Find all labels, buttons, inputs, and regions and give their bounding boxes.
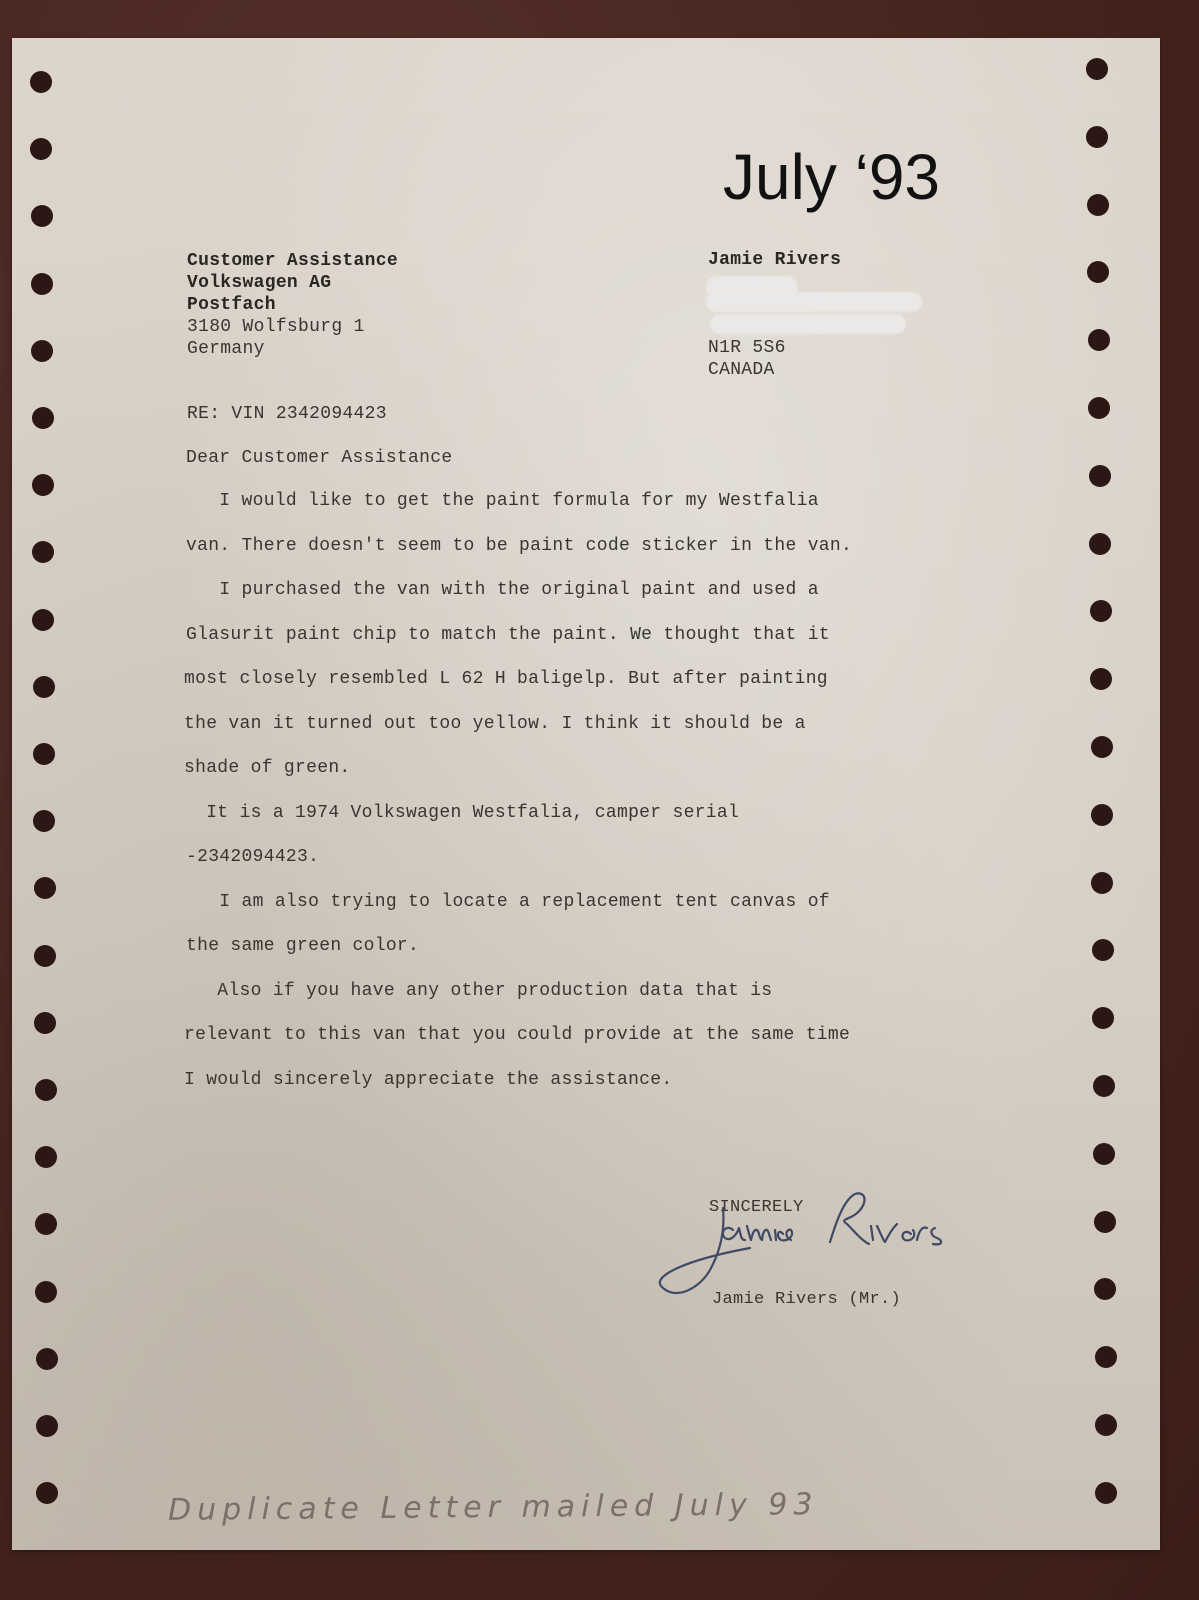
- sender-country: CANADA: [708, 359, 775, 381]
- feed-hole: [1086, 58, 1108, 80]
- body-line: most closely resembled L 62 H baligelp. …: [184, 668, 828, 690]
- feed-hole: [1094, 1278, 1116, 1300]
- feed-hole: [33, 676, 55, 698]
- redaction-mark: [706, 292, 922, 312]
- feed-hole: [33, 810, 55, 832]
- body-line: I purchased the van with the original pa…: [186, 579, 819, 601]
- body-line: I am also trying to locate a replacement…: [186, 891, 830, 913]
- feed-hole: [1095, 1414, 1117, 1436]
- handwritten-footer-note: Duplicate Letter mailed July 93: [168, 1487, 819, 1528]
- body-line: Glasurit paint chip to match the paint. …: [186, 624, 830, 646]
- feed-hole: [1090, 600, 1112, 622]
- body-line: the van it turned out too yellow. I thin…: [184, 713, 806, 735]
- recipient-line: 3180 Wolfsburg 1: [187, 316, 365, 338]
- feed-hole: [32, 609, 54, 631]
- feed-hole: [1091, 804, 1113, 826]
- feed-hole: [1089, 465, 1111, 487]
- signed-name: Jamie Rivers (Mr.): [712, 1289, 901, 1311]
- feed-hole: [30, 71, 52, 93]
- feed-hole: [1092, 939, 1114, 961]
- redaction-mark: [710, 314, 906, 334]
- feed-hole: [1088, 329, 1110, 351]
- feed-hole: [30, 138, 52, 160]
- feed-hole: [31, 340, 53, 362]
- body-line: I would sincerely appreciate the assista…: [184, 1069, 672, 1091]
- recipient-line: Volkswagen AG: [187, 272, 331, 294]
- feed-hole: [1087, 261, 1109, 283]
- feed-hole: [34, 1012, 56, 1034]
- feed-hole: [36, 1482, 58, 1504]
- body-line: I would like to get the paint formula fo…: [186, 490, 819, 512]
- salutation: Dear Customer Assistance: [186, 447, 452, 469]
- feed-hole: [1087, 194, 1109, 216]
- feed-hole: [1095, 1346, 1117, 1368]
- letter-page: [12, 38, 1160, 1550]
- feed-hole: [1093, 1075, 1115, 1097]
- feed-hole: [34, 945, 56, 967]
- body-line: the same green color.: [186, 935, 419, 957]
- feed-hole: [1088, 397, 1110, 419]
- recipient-line: Germany: [187, 338, 265, 360]
- feed-hole: [31, 205, 53, 227]
- feed-hole: [36, 1348, 58, 1370]
- date-annotation: July ‘93: [723, 140, 940, 214]
- feed-hole: [32, 474, 54, 496]
- body-line: van. There doesn't seem to be paint code…: [186, 535, 852, 557]
- feed-hole: [1092, 1007, 1114, 1029]
- feed-hole: [35, 1146, 57, 1168]
- feed-hole: [1095, 1482, 1117, 1504]
- feed-hole: [35, 1281, 57, 1303]
- svg-text:Jamie Rivers: Jamie Rivers: [855, 1190, 938, 1195]
- recipient-line: Postfach: [187, 294, 276, 316]
- feed-hole: [1086, 126, 1108, 148]
- body-line: Also if you have any other production da…: [184, 980, 772, 1002]
- feed-hole: [34, 877, 56, 899]
- feed-hole: [32, 541, 54, 563]
- feed-hole: [1090, 668, 1112, 690]
- feed-hole: [1091, 872, 1113, 894]
- body-line: -2342094423.: [186, 846, 319, 868]
- sender-name: Jamie Rivers: [708, 249, 841, 271]
- reference-line: RE: VIN 2342094423: [187, 403, 387, 425]
- feed-hole: [1093, 1143, 1115, 1165]
- recipient-line: Customer Assistance: [187, 250, 398, 272]
- feed-hole: [32, 407, 54, 429]
- feed-hole: [33, 743, 55, 765]
- feed-hole: [1089, 533, 1111, 555]
- feed-hole: [1094, 1211, 1116, 1233]
- body-line: It is a 1974 Volkswagen Westfalia, campe…: [184, 802, 739, 824]
- feed-hole: [1091, 736, 1113, 758]
- sender-postal-code: N1R 5S6: [708, 337, 786, 359]
- feed-hole: [31, 273, 53, 295]
- feed-hole: [36, 1415, 58, 1437]
- feed-hole: [35, 1213, 57, 1235]
- feed-hole: [35, 1079, 57, 1101]
- body-line: relevant to this van that you could prov…: [184, 1024, 850, 1046]
- body-line: shade of green.: [184, 757, 351, 779]
